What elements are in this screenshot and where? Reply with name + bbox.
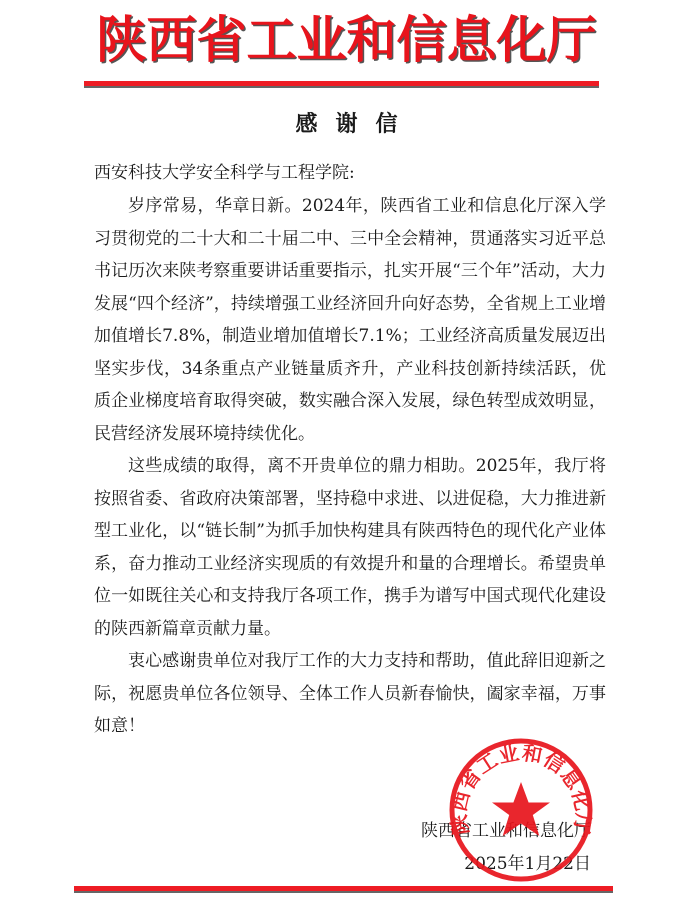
document-title: 感谢信 <box>0 107 693 138</box>
official-seal: 陕西省工业和信息化厅 <box>447 736 595 884</box>
star-icon <box>492 782 550 836</box>
paragraph-2: 这些成绩的取得，离不开贵单位的鼎力相助。2025年，我厅将按照省委、省政府决策部… <box>94 450 606 645</box>
letterhead-title: 陕西省工业和信息化厅 <box>0 8 693 72</box>
letter-body: 岁序常易，华章日新。2024年，陕西省工业和信息化厅深入学习贯彻党的二十大和二十… <box>94 190 606 743</box>
paragraph-1: 岁序常易，华章日新。2024年，陕西省工业和信息化厅深入学习贯彻党的二十大和二十… <box>94 190 606 450</box>
salutation: 西安科技大学安全科学与工程学院: <box>94 162 355 184</box>
paragraph-3: 衷心感谢贵单位对我厅工作的大力支持和帮助，值此辞旧迎新之际，祝愿贵单位各位领导、… <box>94 645 606 743</box>
header-divider <box>84 81 599 88</box>
footer-divider <box>74 886 613 893</box>
